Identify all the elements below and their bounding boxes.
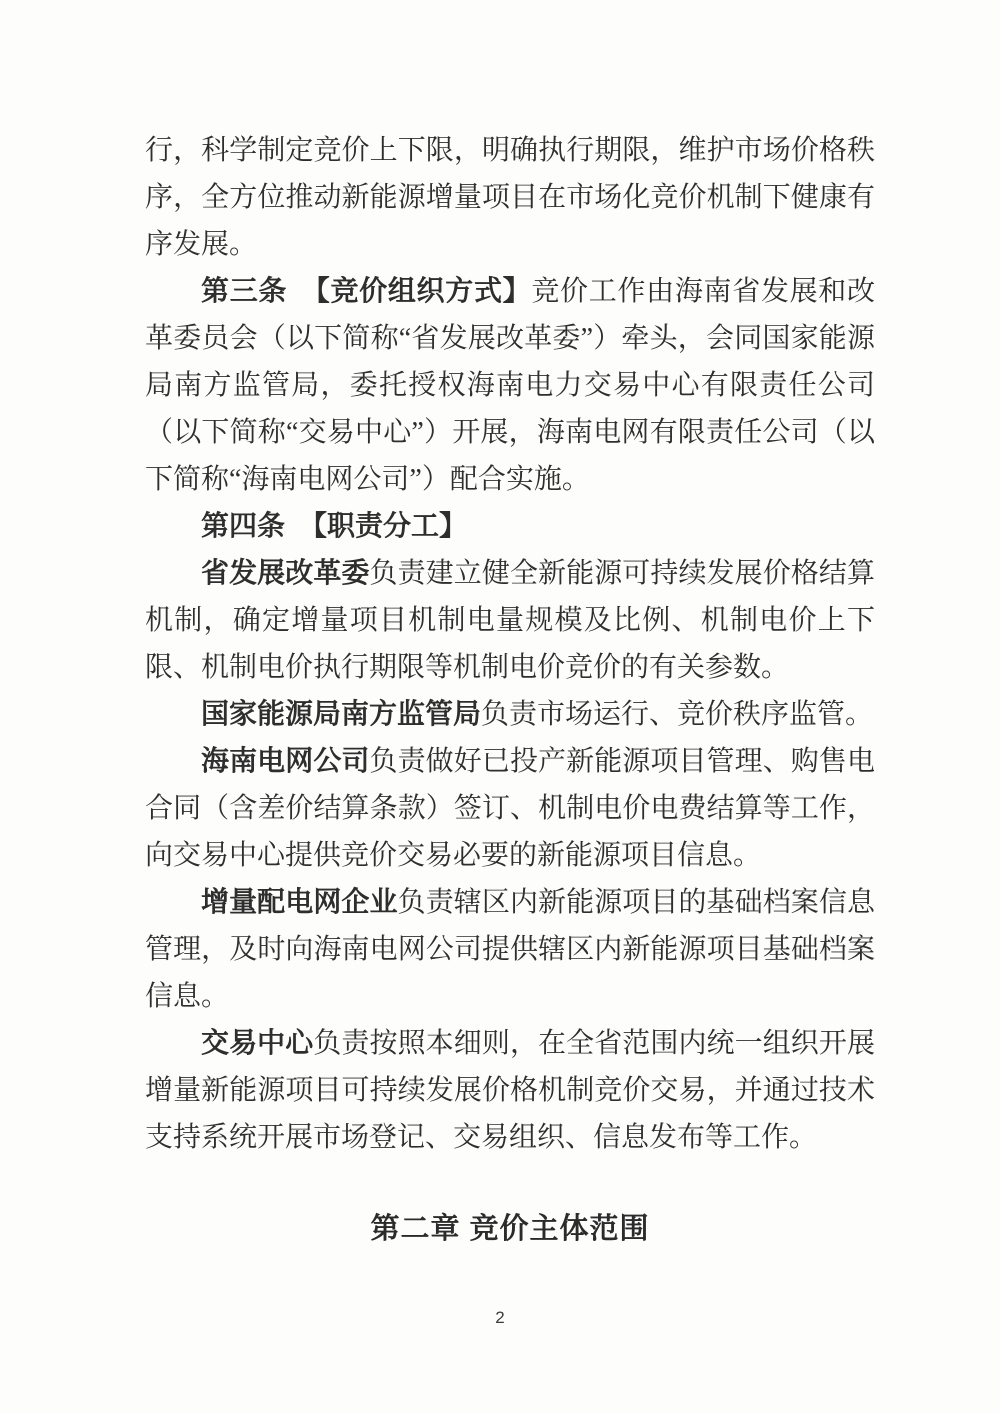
paragraph-lead-bold: 增量配电网企业 — [201, 887, 398, 918]
document-page: 行，科学制定竞价上下限，明确执行期限，维护市场价格秩序，全方位推动新能源增量项目… — [0, 0, 1000, 1413]
body-text: 行，科学制定竞价上下限，明确执行期限，维护市场价格秩序，全方位推动新能源增量项目… — [145, 0, 875, 1251]
paragraph: 增量配电网企业负责辖区内新能源项目的基础档案信息管理，及时向海南电网公司提供辖区… — [145, 879, 875, 1020]
paragraph-lead-bold: 海南电网公司 — [201, 746, 370, 777]
paragraph: 第三条 【竞价组织方式】竞价工作由海南省发展和改革委员会（以下简称“省发展改革委… — [145, 268, 875, 503]
paragraph: 交易中心负责按照本细则，在全省范围内统一组织开展增量新能源项目可持续发展价格机制… — [145, 1020, 875, 1161]
paragraph-lead-bold: 第三条 【竞价组织方式】 — [201, 276, 531, 307]
paragraph-text: 负责市场运行、竞价秩序监管。 — [481, 699, 873, 730]
page-number: 2 — [0, 1306, 1000, 1330]
paragraph: 第四条 【职责分工】 — [145, 503, 875, 550]
paragraphs-container: 行，科学制定竞价上下限，明确执行期限，维护市场价格秩序，全方位推动新能源增量项目… — [145, 127, 875, 1161]
paragraph: 国家能源局南方监管局负责市场运行、竞价秩序监管。 — [145, 691, 875, 738]
paragraph: 海南电网公司负责做好已投产新能源项目管理、购售电合同（含差价结算条款）签订、机制… — [145, 738, 875, 879]
chapter-heading: 第二章 竞价主体范围 — [145, 1207, 875, 1251]
paragraph: 行，科学制定竞价上下限，明确执行期限，维护市场价格秩序，全方位推动新能源增量项目… — [145, 127, 875, 268]
paragraph-text: 行，科学制定竞价上下限，明确执行期限，维护市场价格秩序，全方位推动新能源增量项目… — [145, 135, 875, 260]
paragraph-lead-bold: 交易中心 — [201, 1028, 313, 1059]
paragraph: 省发展改革委负责建立健全新能源可持续发展价格结算机制，确定增量项目机制电量规模及… — [145, 550, 875, 691]
paragraph-lead-bold: 省发展改革委 — [201, 558, 370, 589]
paragraph-lead-bold: 第四条 【职责分工】 — [201, 511, 467, 542]
paragraph-text: 竞价工作由海南省发展和改革委员会（以下简称“省发展改革委”）牵头，会同国家能源局… — [145, 276, 875, 495]
paragraph-lead-bold: 国家能源局南方监管局 — [201, 699, 481, 730]
